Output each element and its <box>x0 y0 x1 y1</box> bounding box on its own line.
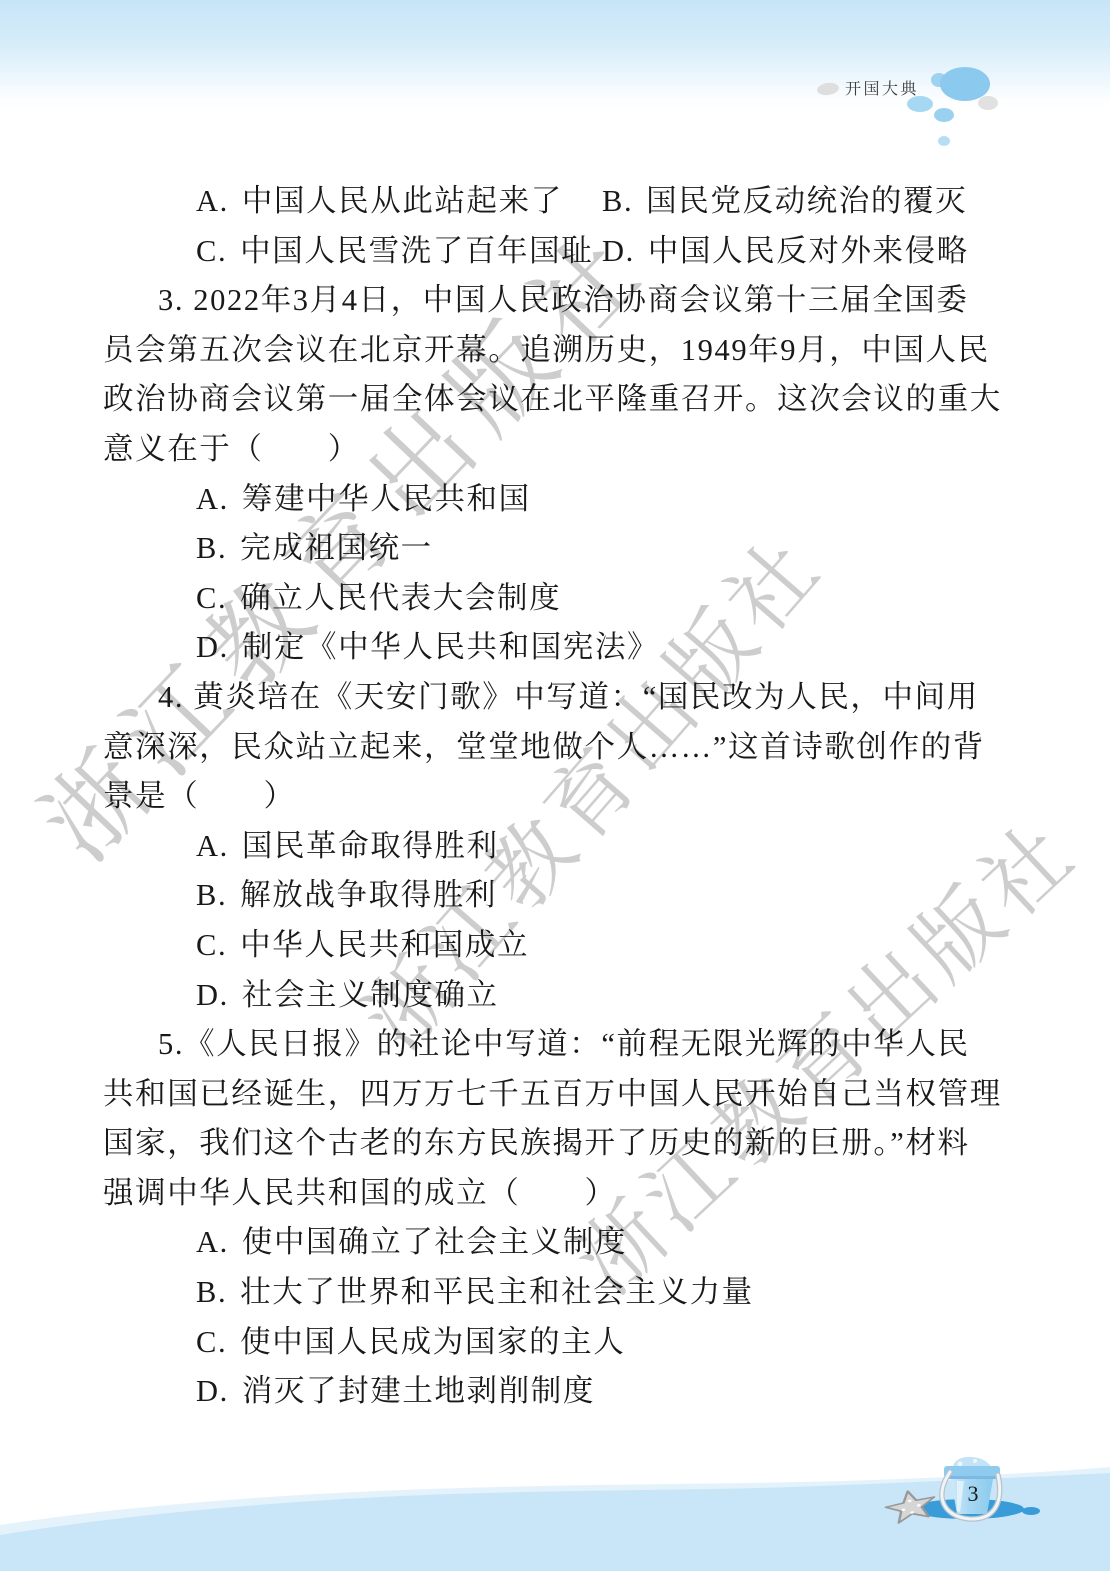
option-label: C. <box>196 581 227 615</box>
option-label: B. <box>196 878 227 912</box>
option-line: C.使中国人民成为国家的主人 <box>0 1318 1110 1368</box>
option-text: 解放战争取得胜利 <box>240 878 497 912</box>
question-stem-line: 意义在于（ ） <box>0 425 1110 475</box>
question-stem-line: 员会第五次会议在北京开幕。追溯历史，1949年9月，中国人民 <box>0 326 1110 376</box>
option-text: 中国人民雪洗了百年国耻 <box>240 234 593 268</box>
option-text: 壮大了世界和平民主和社会主义力量 <box>240 1275 754 1309</box>
option-line: A.使中国确立了社会主义制度 <box>0 1218 1110 1268</box>
text-content: A.中国人民从此站起来了B.国民党反动统治的覆灭C.中国人民雪洗了百年国耻D.中… <box>0 177 1110 1417</box>
option-line: B.解放战争取得胜利 <box>0 871 1110 921</box>
question-stem-line: 国家，我们这个古老的东方民族揭开了历史的新的巨册。”材料 <box>0 1119 1110 1169</box>
option-label: B. <box>602 184 633 218</box>
question-stem-line: 景是（ ） <box>0 772 1110 822</box>
footer-decoration: 3 <box>0 1445 1110 1571</box>
option-line: B.壮大了世界和平民主和社会主义力量 <box>0 1268 1110 1318</box>
option-text: 社会主义制度确立 <box>242 978 499 1012</box>
chapter-title: 开国大典 <box>845 76 919 99</box>
option-text: 使中国确立了社会主义制度 <box>242 1225 627 1259</box>
page-number: 3 <box>968 1481 979 1506</box>
question-stem-line: 4. 黄炎培在《天安门歌》中写道：“国民改为人民，中间用 <box>0 673 1110 723</box>
option-line: D.消灭了封建土地剥削制度 <box>0 1367 1110 1417</box>
option-text: 中国人民反对外来侵略 <box>648 234 969 268</box>
option-line: A.筹建中华人民共和国 <box>0 475 1110 525</box>
option-label: A. <box>196 482 229 516</box>
option-line: C.中华人民共和国成立 <box>0 921 1110 971</box>
option-label: B. <box>196 1275 227 1309</box>
question-stem-line: 3. 2022年3月4日，中国人民政治协商会议第十三届全国委 <box>0 276 1110 326</box>
option-text: 国民革命取得胜利 <box>242 829 499 863</box>
option: D.中国人民反对外来侵略 <box>602 227 969 277</box>
option-text: 筹建中华人民共和国 <box>242 482 531 516</box>
option-label: A. <box>196 829 229 863</box>
question-stem-line: 5.《人民日报》的社论中写道：“前程无限光辉的中华人民 <box>0 1020 1110 1070</box>
option-label: C. <box>196 1325 227 1359</box>
option-label: A. <box>196 184 229 218</box>
option-line: B.完成祖国统一 <box>0 524 1110 574</box>
option-label: C. <box>196 234 227 268</box>
option: A.中国人民从此站起来了 <box>196 184 563 218</box>
option-label: D. <box>196 630 229 664</box>
question-stem-line: 意深深，民众站立起来，堂堂地做个人……”这首诗歌创作的背 <box>0 723 1110 773</box>
option-label: D. <box>196 978 229 1012</box>
question-stem-line: 共和国已经诞生，四万万七千五百万中国人民开始自己当权管理 <box>0 1070 1110 1120</box>
option-text: 中华人民共和国成立 <box>240 928 529 962</box>
option-label: A. <box>196 1225 229 1259</box>
option-text: 完成祖国统一 <box>240 531 433 565</box>
option-text: 确立人民代表大会制度 <box>240 581 561 615</box>
option-label: C. <box>196 928 227 962</box>
option-line: D.制定《中华人民共和国宪法》 <box>0 623 1110 673</box>
option-line: C.确立人民代表大会制度 <box>0 574 1110 624</box>
workbook-page: 开国大典 浙江教育出版社 浙江教育出版社 浙江教育出版社 A.中国人民从此站起来… <box>0 0 1110 1571</box>
option: B.国民党反动统治的覆灭 <box>602 177 967 227</box>
option-line: A.中国人民从此站起来了B.国民党反动统治的覆灭 <box>0 177 1110 227</box>
option-line: A.国民革命取得胜利 <box>0 822 1110 872</box>
option-line: D.社会主义制度确立 <box>0 971 1110 1021</box>
option: C.中国人民雪洗了百年国耻 <box>196 234 593 268</box>
option-text: 消灭了封建土地剥削制度 <box>242 1374 595 1408</box>
question-stem-line: 强调中华人民共和国的成立（ ） <box>0 1169 1110 1219</box>
option-text: 使中国人民成为国家的主人 <box>240 1325 625 1359</box>
option-text: 国民党反动统治的覆灭 <box>646 184 967 218</box>
option-text: 制定《中华人民共和国宪法》 <box>242 630 659 664</box>
option-label: D. <box>602 234 635 268</box>
option-text: 中国人民从此站起来了 <box>242 184 563 218</box>
option-label: B. <box>196 531 227 565</box>
option-label: D. <box>196 1374 229 1408</box>
question-stem-line: 政治协商会议第一届全体会议在北平隆重召开。这次会议的重大 <box>0 375 1110 425</box>
fish-bubbles-icon <box>800 60 1020 160</box>
gray-pebble-icon <box>816 82 839 97</box>
option-line: C.中国人民雪洗了百年国耻D.中国人民反对外来侵略 <box>0 227 1110 277</box>
